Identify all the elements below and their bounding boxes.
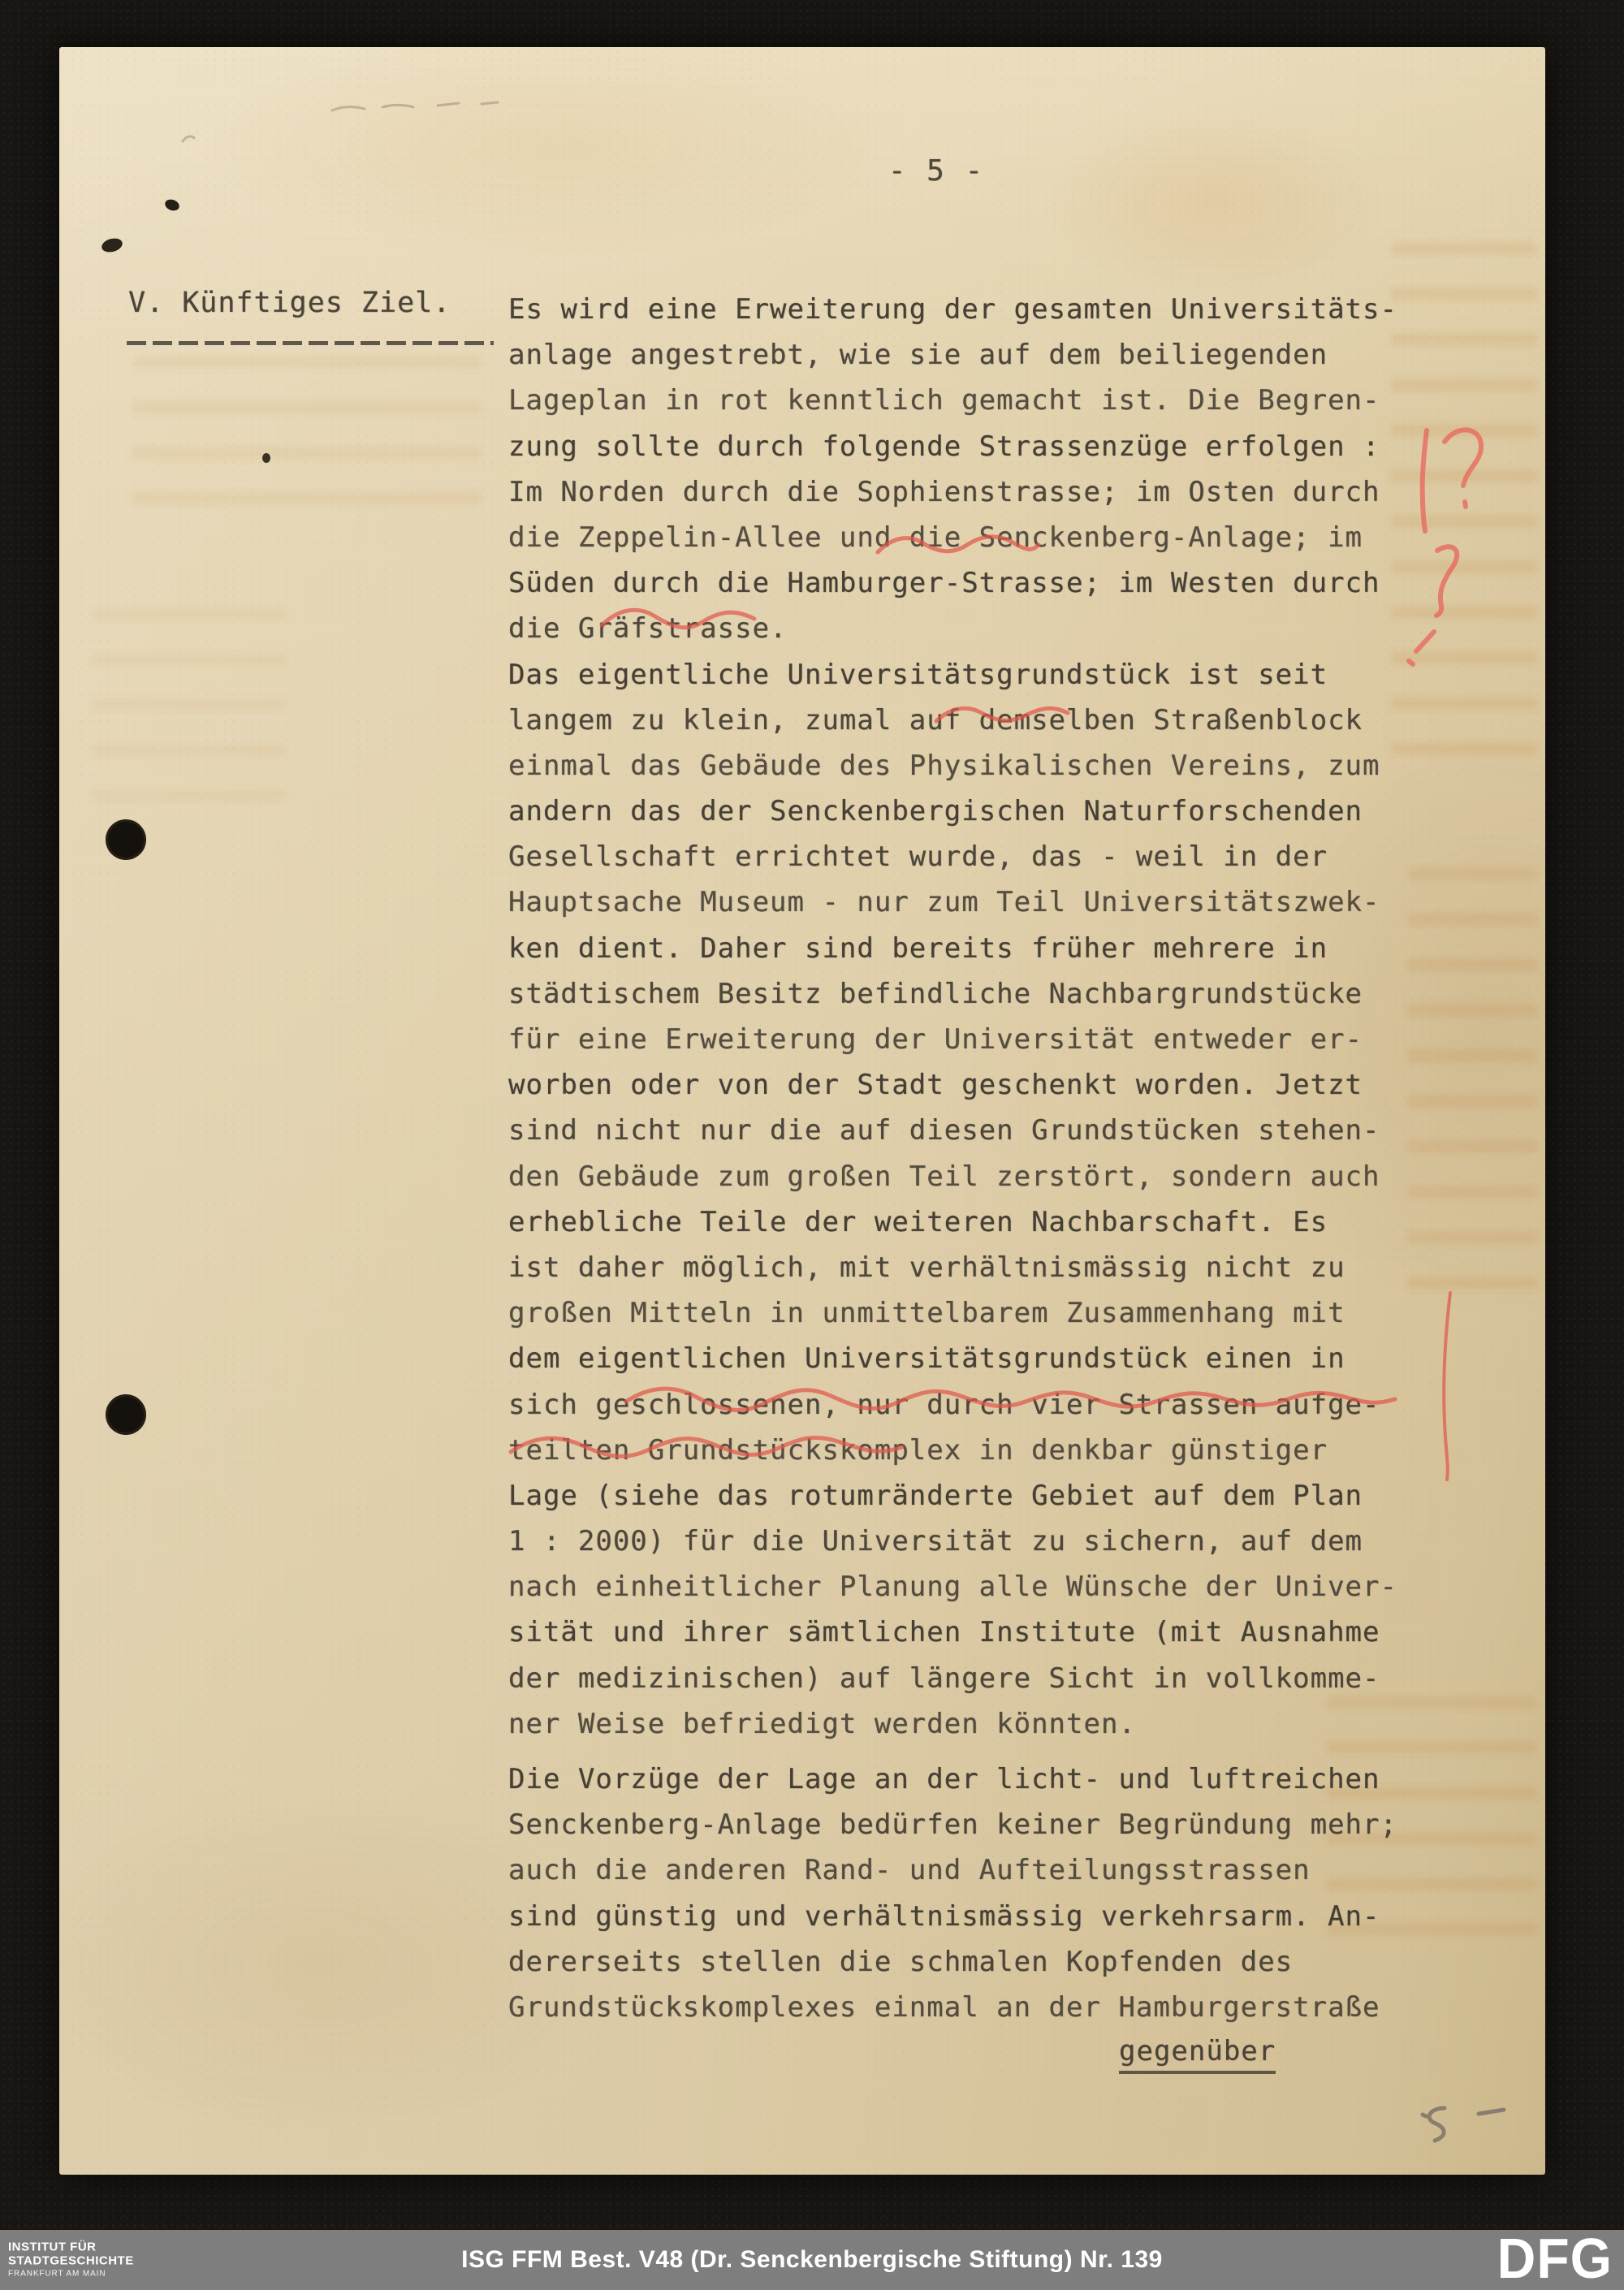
text-line: zung sollte durch folgende Strassenzüge … — [508, 424, 1434, 469]
text-line: Senckenberg-Anlage bedürfen keiner Begrü… — [508, 1802, 1434, 1847]
text-line: dem eigentlichen Universitätsgrundstück … — [508, 1336, 1434, 1381]
text-line: langem zu klein, zumal auf demselben Str… — [508, 698, 1434, 743]
text-line: nach einheitlicher Planung alle Wünsche … — [508, 1564, 1434, 1609]
text-line: Die Vorzüge der Lage an der licht- und l… — [508, 1756, 1434, 1802]
text-line: Gesellschaft errichtet wurde, das - weil… — [508, 834, 1434, 879]
text-line: worben oder von der Stadt geschenkt word… — [508, 1062, 1434, 1108]
scan-background: - 5 - V. Künftiges Ziel. Es wird eine Er… — [0, 0, 1624, 2290]
text-line: ken dient. Daher sind bereits früher meh… — [508, 926, 1434, 971]
red-margin-line — [1444, 1293, 1450, 1480]
paper-damage-spot — [262, 453, 270, 463]
paragraph-3: Die Vorzüge der Lage an der licht- und l… — [508, 1756, 1434, 2030]
text-line: städtischem Besitz befindliche Nachbargr… — [508, 971, 1434, 1017]
text-line: einmal das Gebäude des Physikalischen Ve… — [508, 743, 1434, 789]
text-line: großen Mitteln in unmittelbarem Zusammen… — [508, 1290, 1434, 1336]
section-heading: V. Künftiges Ziel. — [128, 287, 451, 319]
document-page: - 5 - V. Künftiges Ziel. Es wird eine Er… — [59, 47, 1545, 2175]
text-line: Lage (siehe das rotumränderte Gebiet auf… — [508, 1473, 1434, 1519]
pencil-scribble — [183, 102, 498, 141]
text-line: die Zeppelin-Allee und die Senckenberg-A… — [508, 515, 1434, 560]
text-line: der medizinischen) auf längere Sicht in … — [508, 1656, 1434, 1701]
text-line: sind nicht nur die auf diesen Grundstück… — [508, 1108, 1434, 1153]
text-line: sität und ihrer sämtlichen Institute (mi… — [508, 1609, 1434, 1655]
bleedthrough-text — [92, 607, 287, 802]
text-line: Süden durch die Hamburger-Strasse; im We… — [508, 560, 1434, 606]
body-text: Es wird eine Erweiterung der gesamten Un… — [508, 287, 1434, 2030]
text-line: Grundstückskomplexes einmal an der Hambu… — [508, 1985, 1434, 2030]
punch-hole — [106, 1394, 146, 1435]
paragraph-1: Es wird eine Erweiterung der gesamten Un… — [508, 287, 1434, 652]
page-number: - 5 - — [863, 154, 1009, 188]
paper-damage-spot — [100, 236, 123, 254]
paragraph-2: Das eigentliche Universitätsgrundstück i… — [508, 652, 1434, 1748]
text-line: sich geschlossenen, nur durch vier Stras… — [508, 1382, 1434, 1428]
paper-damage-spot — [163, 197, 180, 212]
text-line: Im Norden durch die Sophienstrasse; im O… — [508, 469, 1434, 515]
text-line: Es wird eine Erweiterung der gesamten Un… — [508, 287, 1434, 332]
catchword: gegenüber — [1119, 2035, 1276, 2074]
text-line: den Gebäude zum großen Teil zerstört, so… — [508, 1154, 1434, 1199]
margin-mark-question-icon — [1445, 430, 1481, 507]
heading-underline — [127, 341, 494, 345]
text-line: teilten Grundstückskomplex in denkbar gü… — [508, 1428, 1434, 1473]
text-line: die Gräfstrasse. — [508, 606, 1434, 651]
text-line: sind günstig und verhältnismässig verkeh… — [508, 1894, 1434, 1939]
text-line: 1 : 2000) für die Universität zu sichern… — [508, 1519, 1434, 1564]
archive-footer: INSTITUT FÜR STADTGESCHICHTE FRANKFURT A… — [0, 2230, 1624, 2290]
punch-hole — [106, 819, 146, 860]
archive-reference: ISG FFM Best. V48 (Dr. Senckenbergische … — [0, 2246, 1624, 2274]
text-line: für eine Erweiterung der Universität ent… — [508, 1017, 1434, 1062]
dfg-logo: DFG — [1497, 2226, 1613, 2290]
text-line: Das eigentliche Universitätsgrundstück i… — [508, 652, 1434, 698]
bleedthrough-text — [132, 356, 482, 518]
text-line: anlage angestrebt, wie sie auf dem beili… — [508, 332, 1434, 378]
text-line: ist daher möglich, mit verhältnismässig … — [508, 1245, 1434, 1290]
text-line: auch die anderen Rand- und Aufteilungsst… — [508, 1847, 1434, 1893]
pencil-s-mark — [1423, 2108, 1504, 2141]
text-line: ner Weise befriedigt werden könnten. — [508, 1701, 1434, 1747]
text-line: andern das der Senckenbergischen Naturfo… — [508, 789, 1434, 834]
text-line: Hauptsache Museum - nur zum Teil Univers… — [508, 879, 1434, 925]
text-line: dererseits stellen die schmalen Kopfende… — [508, 1939, 1434, 1985]
text-line: Lageplan in rot kenntlich gemacht ist. D… — [508, 378, 1434, 423]
text-line: erhebliche Teile der weiteren Nachbarsch… — [508, 1199, 1434, 1245]
